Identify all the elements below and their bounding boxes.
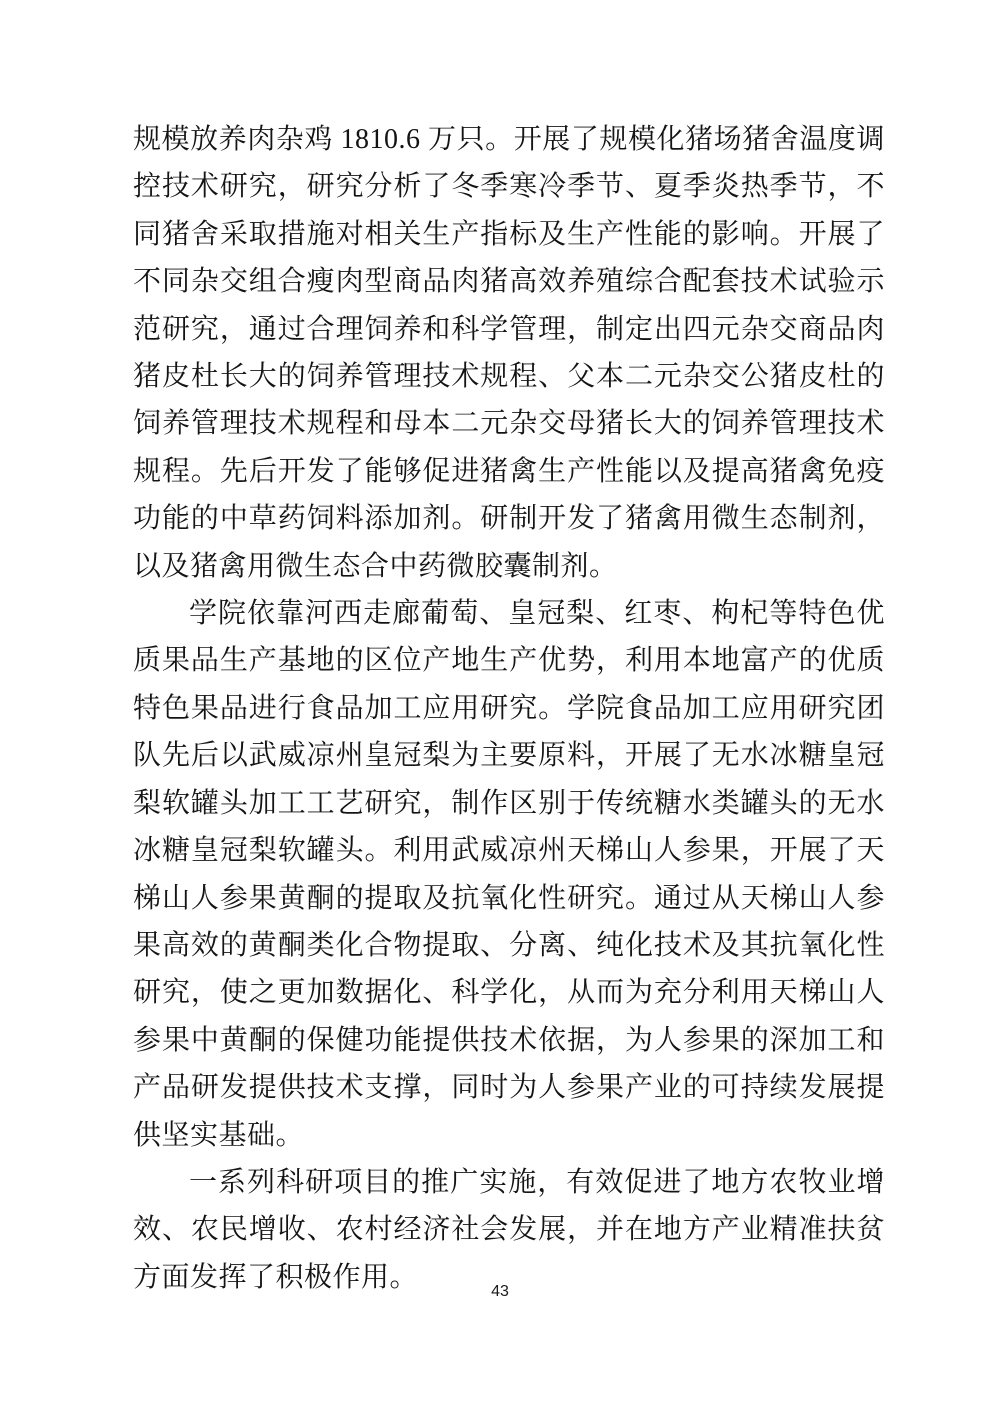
paragraph-3: 一系列科研项目的推广实施，有效促进了地方农牧业增效、农民增收、农村经济社会发展，… <box>133 1159 885 1301</box>
page-footer: 43 <box>0 1283 1000 1301</box>
paragraph-1: 规模放养肉杂鸡 1810.6 万只。开展了规模化猪场猪舍温度调控技术研究，研究分… <box>133 116 885 590</box>
paragraph-2: 学院依靠河西走廊葡萄、皇冠梨、红枣、枸杞等特色优质果品生产基地的区位产地生产优势… <box>133 590 885 1159</box>
page-body-text: 规模放养肉杂鸡 1810.6 万只。开展了规模化猪场猪舍温度调控技术研究，研究分… <box>133 116 885 1301</box>
document-page: 规模放养肉杂鸡 1810.6 万只。开展了规模化猪场猪舍温度调控技术研究，研究分… <box>0 0 1000 1414</box>
page-number: 43 <box>491 1283 509 1300</box>
